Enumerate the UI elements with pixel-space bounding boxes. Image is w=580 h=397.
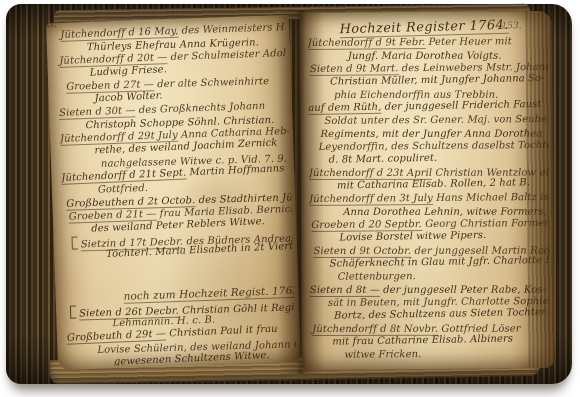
manuscript-line: Regiments, mit der Jungfer Anna Dorothea <box>308 128 548 141</box>
manuscript-line: Sieten d 8t — der junggesell Peter Rabe,… <box>310 284 550 297</box>
margin-bracket-mark <box>70 306 76 319</box>
right-page: Hochzeit Register 1764. 153. Jütchendorf… <box>299 11 554 370</box>
manuscript-line: d. 8t Mart. copuliret. <box>309 150 549 167</box>
open-register-book: Cl. Jütchendorff d 16 May, des Weinmeist… <box>6 4 572 384</box>
manuscript-line: witwe Fricken. <box>310 347 550 362</box>
manuscript-line: Lovise Borstel witwe Pipers. <box>309 228 549 245</box>
manuscript-line: Anna Dorothea Lehnin, witwe Formers, <box>309 206 549 219</box>
margin-bracket-mark <box>72 236 78 249</box>
manuscript-line: Soldat unter des Sr. Gener. Maj. von Seu… <box>308 113 548 128</box>
manuscript-line: Jütchendorff den 3t July Hans Michael Ba… <box>309 191 549 206</box>
manuscript-line: Bortz, des Schultzens aus Sieten Tochter… <box>310 306 550 323</box>
left-page: Cl. Jütchendorff d 16 May, des Weinmeist… <box>46 15 301 370</box>
manuscript-line: Jütchendorff d 9t Febr. Peter Heuer mit <box>308 35 548 50</box>
manuscript-line: Clettenburgen. <box>310 269 550 284</box>
left-page-text: Jütchendorff d 16 May, des Weinmeisters … <box>56 21 297 368</box>
right-page-text: Jütchendorff d 9t Febr. Peter Heuer mitJ… <box>307 15 550 368</box>
manuscript-line: Jungf. Maria Dorothea Voigts. <box>308 50 548 63</box>
manuscript-line: Christian Müller, mit Jungfer Johanna So… <box>308 72 548 89</box>
